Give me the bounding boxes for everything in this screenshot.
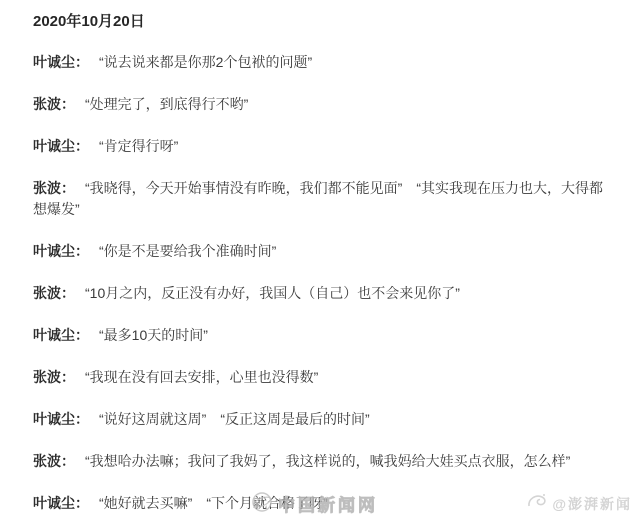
message-text: “说好这周就这周” “反正这周是最后的时间” xyxy=(99,411,370,427)
speaker-name: 张波： xyxy=(33,369,75,385)
message-text: “肯定得行呀” xyxy=(99,138,178,154)
speaker-name: 张波： xyxy=(33,285,75,301)
speaker-name: 叶诚尘： xyxy=(33,138,89,154)
speaker-name: 叶诚尘： xyxy=(33,243,89,259)
chat-message: 叶诚尘：“她好就去买嘛” “下个月就合格了呀” xyxy=(33,493,612,514)
message-text: “她好就去买嘛” “下个月就合格了呀” xyxy=(99,495,328,511)
chat-transcript-page: 2020年10月20日 叶诚尘：“说去说来都是你那2个包袱的问题” 张波：“处理… xyxy=(0,0,640,514)
message-text: “我晓得，今天开始事情没有昨晚，我们都不能见面” “其实我现在压力也大，大得都想… xyxy=(33,180,603,217)
speaker-name: 叶诚尘： xyxy=(33,327,89,343)
speaker-name: 叶诚尘： xyxy=(33,411,89,427)
chat-message: 叶诚尘：“肯定得行呀” xyxy=(33,136,612,157)
chat-message: 张波：“我想哈办法嘛；我问了我妈了，我这样说的，喊我妈给大娃买点衣服，怎么样” xyxy=(33,451,612,472)
chat-message: 叶诚尘：“你是不是要给我个准确时间” xyxy=(33,241,612,262)
speaker-name: 叶诚尘： xyxy=(33,495,89,511)
chat-message: 叶诚尘：“说去说来都是你那2个包袱的问题” xyxy=(33,52,612,73)
message-text: “说去说来都是你那2个包袱的问题” xyxy=(99,54,312,70)
speaker-name: 叶诚尘： xyxy=(33,54,89,70)
message-text: “处理完了，到底得行不哟” xyxy=(85,96,248,112)
speaker-name: 张波： xyxy=(33,453,75,469)
message-text: “10月之内，反正没有办好，我国人（自己）也不会来见你了” xyxy=(85,285,460,301)
transcript-date: 2020年10月20日 xyxy=(33,13,612,31)
chat-message: 张波：“处理完了，到底得行不哟” xyxy=(33,94,612,115)
speaker-name: 张波： xyxy=(33,180,75,196)
chat-message: 张波：“我晓得，今天开始事情没有昨晚，我们都不能见面” “其实我现在压力也大，大… xyxy=(33,178,612,220)
message-text: “我想哈办法嘛；我问了我妈了，我这样说的，喊我妈给大娃买点衣服，怎么样” xyxy=(85,453,570,469)
speaker-name: 张波： xyxy=(33,96,75,112)
chat-message: 叶诚尘：“说好这周就这周” “反正这周是最后的时间” xyxy=(33,409,612,430)
chat-message: 张波：“10月之内，反正没有办好，我国人（自己）也不会来见你了” xyxy=(33,283,612,304)
message-text: “我现在没有回去安排，心里也没得数” xyxy=(85,369,318,385)
chat-message: 张波：“我现在没有回去安排，心里也没得数” xyxy=(33,367,612,388)
message-text: “最多10天的时间” xyxy=(99,327,208,343)
chat-message: 叶诚尘：“最多10天的时间” xyxy=(33,325,612,346)
message-text: “你是不是要给我个准确时间” xyxy=(99,243,276,259)
